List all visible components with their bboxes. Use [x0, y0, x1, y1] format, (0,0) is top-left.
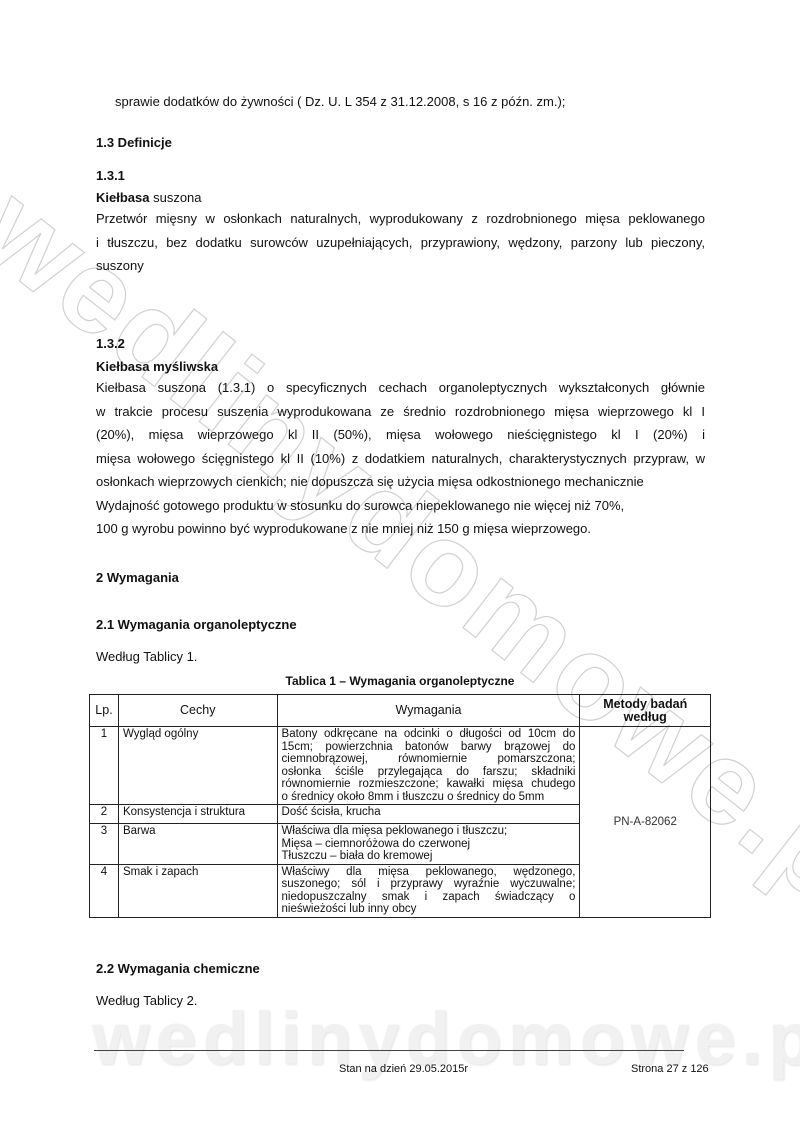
cell-line: Tłuszczu – biała do kremowej: [282, 850, 576, 863]
def-1-3-1-term-rest: suszona: [149, 190, 201, 205]
header-wymagania: Wymagania: [277, 695, 580, 727]
cell-line: o średnicy około 8mm i tłuszczu o średni…: [282, 791, 576, 804]
body-line: 100 g wyrobu powinno być wyprodukowane z…: [96, 517, 705, 541]
row-lp: 2: [90, 805, 119, 824]
body-line: mięsa wołowego ścięgnistego kl II (10%) …: [96, 447, 705, 471]
body-line: suszony: [96, 254, 705, 278]
row-cecha: Wygląd ogólny: [118, 727, 277, 805]
row-lp: 1: [90, 727, 119, 805]
row-wymagania: Dość ścisła, krucha: [277, 805, 580, 824]
cell-line: Właściwa dla mięsa peklowanego i tłuszcz…: [282, 825, 576, 838]
footer-date: Stan na dzień 29.05.2015r: [339, 1061, 468, 1077]
footer-page-number: Strona 27 z 126: [631, 1061, 709, 1077]
body-line: (20%), mięsa wieprzowego kl II (50%), mi…: [96, 423, 705, 447]
section-2-2-ref: Według Tablicy 2.: [96, 993, 197, 1009]
cell-line: Mięsa – ciemnoróżowa do czerwonej: [282, 838, 576, 851]
row-cecha: Smak i zapach: [118, 864, 277, 917]
cell-line: 15cm; powierzchnia batonów barwy brązowe…: [282, 741, 576, 754]
header-metody-line1: Metody badań: [603, 697, 687, 711]
cell-line: niedopuszczalny smak i zapach świadczący…: [282, 891, 576, 904]
body-line: i tłuszczu, bez dodatku surowców uzupełn…: [96, 231, 705, 255]
body-line: Kiełbasa suszona (1.3.1) o specyficznych…: [96, 376, 705, 400]
section-2-2-heading: 2.2 Wymagania chemiczne: [96, 961, 260, 977]
body-line: w trakcie procesu suszenia wyprodukowana…: [96, 400, 705, 424]
row-lp: 4: [90, 864, 119, 917]
table-1-caption: Tablica 1 – Wymagania organoleptyczne: [0, 673, 800, 689]
row-cecha: Konsystencja i struktura: [118, 805, 277, 824]
header-metody-line2: według: [624, 710, 667, 724]
header-metody: Metody badań według: [580, 695, 711, 727]
cell-line: nieświeżości lub inny obcy: [282, 903, 576, 916]
row-wymagania: Batony odkręcane na odcinki o długości o…: [277, 727, 580, 805]
cell-line: Batony odkręcane na odcinki o długości o…: [282, 728, 576, 741]
def-1-3-1-term: Kiełbasa suszona: [96, 190, 202, 206]
section-2-1-heading: 2.1 Wymagania organoleptyczne: [96, 617, 297, 633]
cell-line: Właściwy dla mięsa peklowanego, wędzoneg…: [282, 866, 576, 879]
body-line: osłonkach wieprzowych cienkich; nie dopu…: [96, 470, 705, 494]
def-1-3-2-term: Kiełbasa myśliwska: [96, 359, 218, 375]
row-wymagania: Właściwy dla mięsa peklowanego, wędzoneg…: [277, 864, 580, 917]
section-2-heading: 2 Wymagania: [96, 570, 179, 586]
document-page: wedlinydomowe.pl wedlinydomowe.pl sprawi…: [0, 0, 800, 1132]
table-row: 1 Wygląd ogólny Batony odkręcane na odci…: [90, 727, 711, 805]
def-1-3-2-body: Kiełbasa suszona (1.3.1) o specyficznych…: [96, 376, 705, 541]
cell-line: Dość ścisła, krucha: [282, 806, 576, 819]
def-1-3-1-body: Przetwór mięsny w osłonkach naturalnych,…: [96, 207, 705, 278]
table-1: Lp. Cechy Wymagania Metody badań według …: [89, 694, 711, 918]
intro-line: sprawie dodatków do żywności ( Dz. U. L …: [115, 94, 565, 110]
header-cechy: Cechy: [118, 695, 277, 727]
section-1-3-heading: 1.3 Definicje: [96, 135, 172, 151]
header-lp: Lp.: [90, 695, 119, 727]
cell-line: osłonka ściśle przylegająca do farszu; s…: [282, 766, 576, 779]
body-line: Przetwór mięsny w osłonkach naturalnych,…: [96, 207, 705, 231]
def-1-3-1-number: 1.3.1: [96, 168, 125, 184]
row-cecha: Barwa: [118, 824, 277, 865]
cell-line: suszonego; sól i przyprawy wyraźnie wycz…: [282, 878, 576, 891]
body-line: Wydajność gotowego produktu w stosunku d…: [96, 494, 705, 518]
table-header-row: Lp. Cechy Wymagania Metody badań według: [90, 695, 711, 727]
row-lp: 3: [90, 824, 119, 865]
section-2-1-ref: Według Tablicy 1.: [96, 649, 197, 665]
row-wymagania: Właściwa dla mięsa peklowanego i tłuszcz…: [277, 824, 580, 865]
cell-line: ciemnobrązowej, równomiernie pomarszczon…: [282, 753, 576, 766]
row-method: PN-A-82062: [580, 727, 711, 918]
cell-line: równomiernie rozmieszczone; kawałki mięs…: [282, 778, 576, 791]
def-1-3-1-term-bold: Kiełbasa: [96, 190, 149, 205]
footer-divider: [94, 1050, 684, 1051]
def-1-3-2-number: 1.3.2: [96, 336, 125, 352]
